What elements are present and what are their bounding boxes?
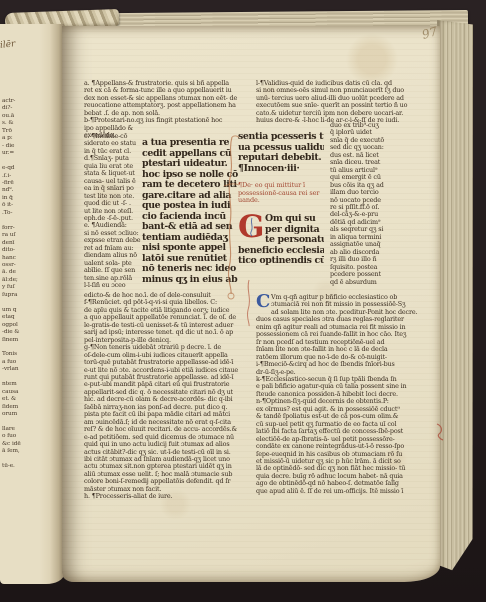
initial-penwork-blue [247,217,257,237]
decretal-text-right: sentia pcesseris tuua pcessus ualidusrep… [238,132,324,267]
gloss-bottom-right: C Vm q-qñ agitur p bñficio ecclesiastico… [256,294,440,495]
facing-page-gutter: ilēr actr-di?-ou.ās. &Trōa p:- dieur.= e… [0,24,64,584]
gloss-top-right: l-¶Validius-quid de iudicibus datis cū c… [256,80,438,125]
handwriting-fragment: ilēr [0,39,16,51]
penwork-flourish-red [242,278,256,328]
cutoff-text-fragments: actr-di?-ou.ās. &Trōa p:- dieur.= e-qd.ſ… [2,98,32,471]
chapter-opening: G Om qui super dignitate personatu· uelb… [238,214,324,267]
manuscript-page: 97 a. ¶Appellans-& frustratorie. quis si… [62,26,440,582]
gloss-left-strip: c. ¶Incibile-cōsiderato eo statuin q̄ tū… [84,133,142,290]
scanned-book-page: ilēr actr-di?-ou.ās. &Trōa p:- dieur.= e… [0,0,486,602]
margin-mark-red [434,422,446,442]
book-fore-edge [437,20,473,578]
gloss-top-left: a. ¶Appellans-& frustratorie. quis si bñ… [84,80,258,140]
folio-number: 97 [420,24,439,42]
lombard-initial-blue: C [256,294,270,309]
gloss-right-strip: duo ex trib⁹-cuʒq̄ iplorū uidetsnīa q̄ d… [330,122,406,286]
gloss-bottom-left: edicto-& de hoc no.ī. de oſ dele-consulu… [84,292,260,501]
lombard-initial-red: G [238,214,263,236]
rubric-heading: ¶De· eo qui mittitur īpossessionē-causa … [238,182,324,205]
gloss-bottom-right-text: Vm q-qñ agitur p bñficio ecclesiastico o… [256,294,440,495]
decretal-right-top: sentia pcesseris tuua pcessus ualidusrep… [238,132,324,174]
